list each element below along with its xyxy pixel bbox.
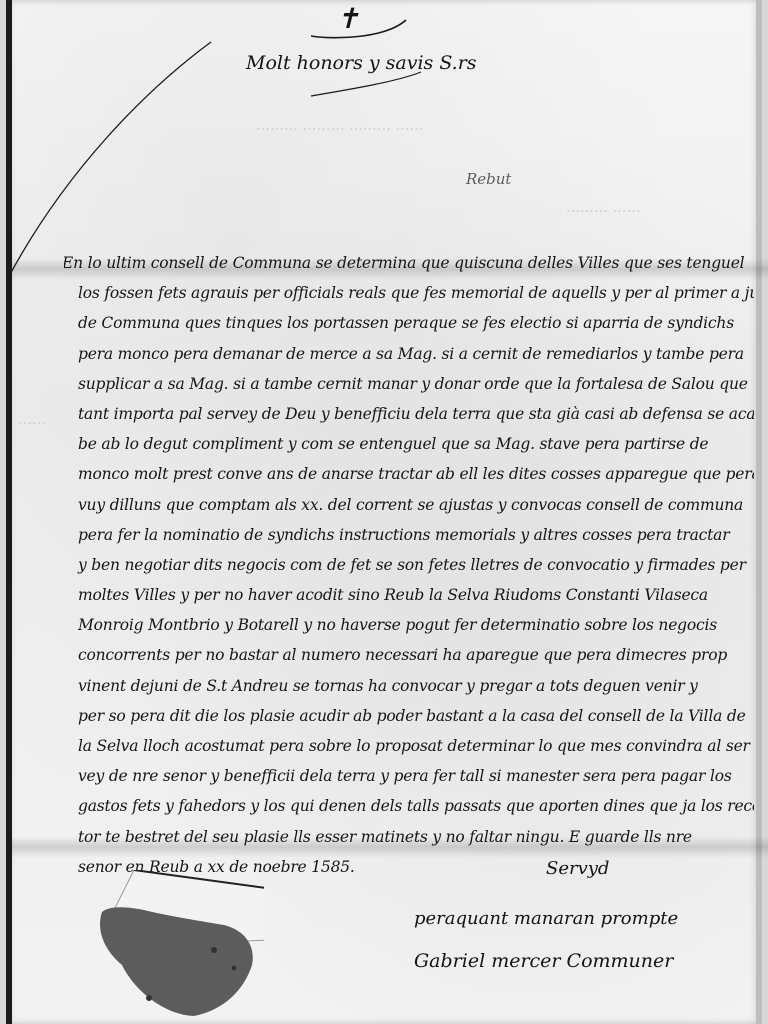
scan-right-edge [756,0,762,1024]
body-line: moltes Villes y per no haver acodit sino… [64,580,754,610]
received-mark: Rebut [466,170,511,188]
manuscript-page: ……… ……… ……… …… ……… …… …… ✝ Molt honors y… [6,0,762,1024]
bleed-through-text: ……… ……… ……… …… [256,118,423,134]
bleed-through-text: …… [18,412,46,428]
body-line: tor te bestret del seu plasie lls esser … [64,822,754,852]
body-line: vuy dilluns que comptam als xx. del corr… [64,490,754,520]
body-line: pera fer la nominatio de syndichs instru… [64,520,754,550]
body-line: de Communa ques tinques los portassen pe… [64,308,754,338]
body-line: y ben negotiar dits negocis com de fet s… [64,550,754,580]
body-line: gastos fets y fahedors y los qui denen d… [64,791,754,821]
body-line: los fossen fets agrauis per officials re… [64,278,754,308]
body-line: supplicar a sa Mag. si a tambe cernit ma… [64,369,754,399]
body-line: pera monco pera demanar de merce a sa Ma… [64,339,754,369]
body-line: monco molt prest conve ans de anarse tra… [64,459,754,489]
body-line: vey de nre senor y benefficii dela terra… [64,761,754,791]
cross-flourish-icon [306,14,416,44]
bleed-through-text: ……… …… [566,200,640,216]
body-line: vinent dejuni de S.t Andreu se tornas ha… [64,671,754,701]
closing-service: Servyd [546,858,609,879]
margin-stroke-icon [6,40,226,280]
body-line: Monroig Montbrio y Botarell y no haverse… [64,610,754,640]
body-line: tant importa pal servey de Deu y beneffi… [64,399,754,429]
salutation-flourish-icon [306,70,426,100]
body-line: En lo ultim consell de Communa se determ… [64,248,754,278]
signature: Gabriel mercer Communer [414,950,673,972]
body-line: la Selva lloch acostumat pera sobre lo p… [64,731,754,761]
wax-seal-icon [94,870,264,1020]
closing-signoff: peraquant manaran prompte [414,908,678,929]
letter-body: En lo ultim consell de Communa se determ… [64,248,754,882]
body-line: per so pera dit die los plasie acudir ab… [64,701,754,731]
body-line: be ab lo degut compliment y com se enten… [64,429,754,459]
body-line: concorrents per no bastar al numero nece… [64,640,754,670]
